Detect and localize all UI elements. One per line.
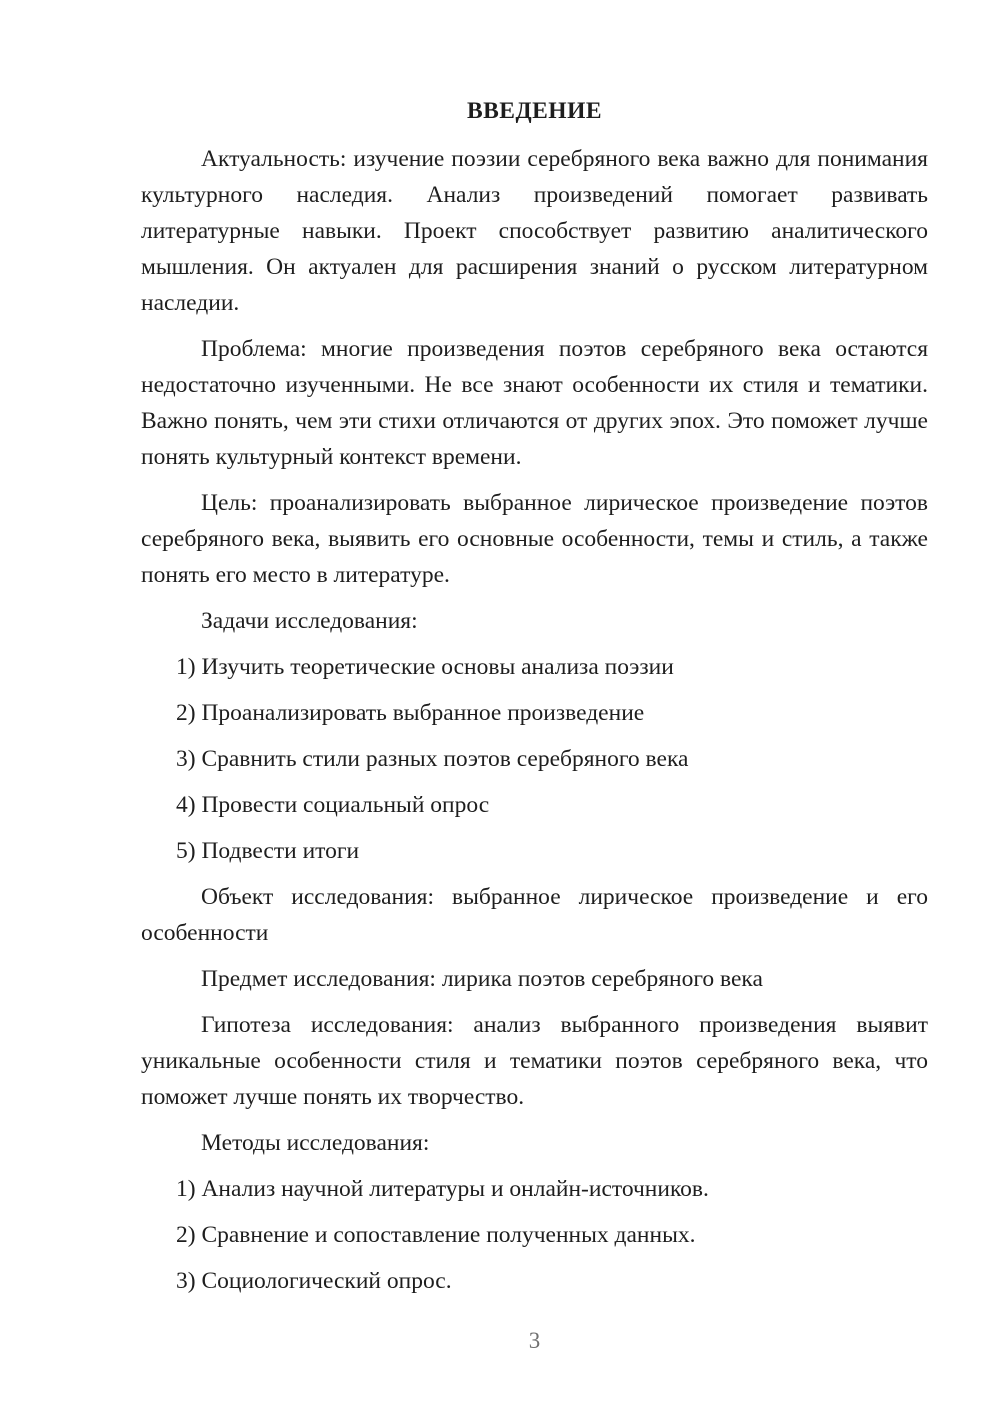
task-item-3: 3) Сравнить стили разных поэтов серебрян…: [141, 741, 928, 777]
paragraph-problem: Проблема: многие произведения поэтов сер…: [141, 331, 928, 475]
task-item-1: 1) Изучить теоретические основы анализа …: [141, 649, 928, 685]
page-title: ВВЕДЕНИЕ: [141, 93, 928, 129]
method-item-3: 3) Социологический опрос.: [141, 1263, 928, 1299]
method-item-2: 2) Сравнение и сопоставление полученных …: [141, 1217, 928, 1253]
tasks-heading: Задачи исследования:: [141, 603, 928, 639]
method-item-1: 1) Анализ научной литературы и онлайн-ис…: [141, 1171, 928, 1207]
paragraph-hypothesis: Гипотеза исследования: анализ выбранного…: [141, 1007, 928, 1115]
paragraph-goal: Цель: проанализировать выбранное лиричес…: [141, 485, 928, 593]
document-page: ВВЕДЕНИЕ Актуальность: изучение поэзии с…: [0, 0, 1000, 1414]
methods-heading: Методы исследования:: [141, 1125, 928, 1161]
task-item-4: 4) Провести социальный опрос: [141, 787, 928, 823]
page-number: 3: [141, 1323, 928, 1359]
task-item-5: 5) Подвести итоги: [141, 833, 928, 869]
task-item-2: 2) Проанализировать выбранное произведен…: [141, 695, 928, 731]
paragraph-object: Объект исследования: выбранное лирическо…: [141, 879, 928, 951]
document-content: ВВЕДЕНИЕ Актуальность: изучение поэзии с…: [141, 0, 928, 1309]
paragraph-relevance: Актуальность: изучение поэзии серебряног…: [141, 141, 928, 321]
paragraph-subject: Предмет исследования: лирика поэтов сере…: [141, 961, 928, 997]
